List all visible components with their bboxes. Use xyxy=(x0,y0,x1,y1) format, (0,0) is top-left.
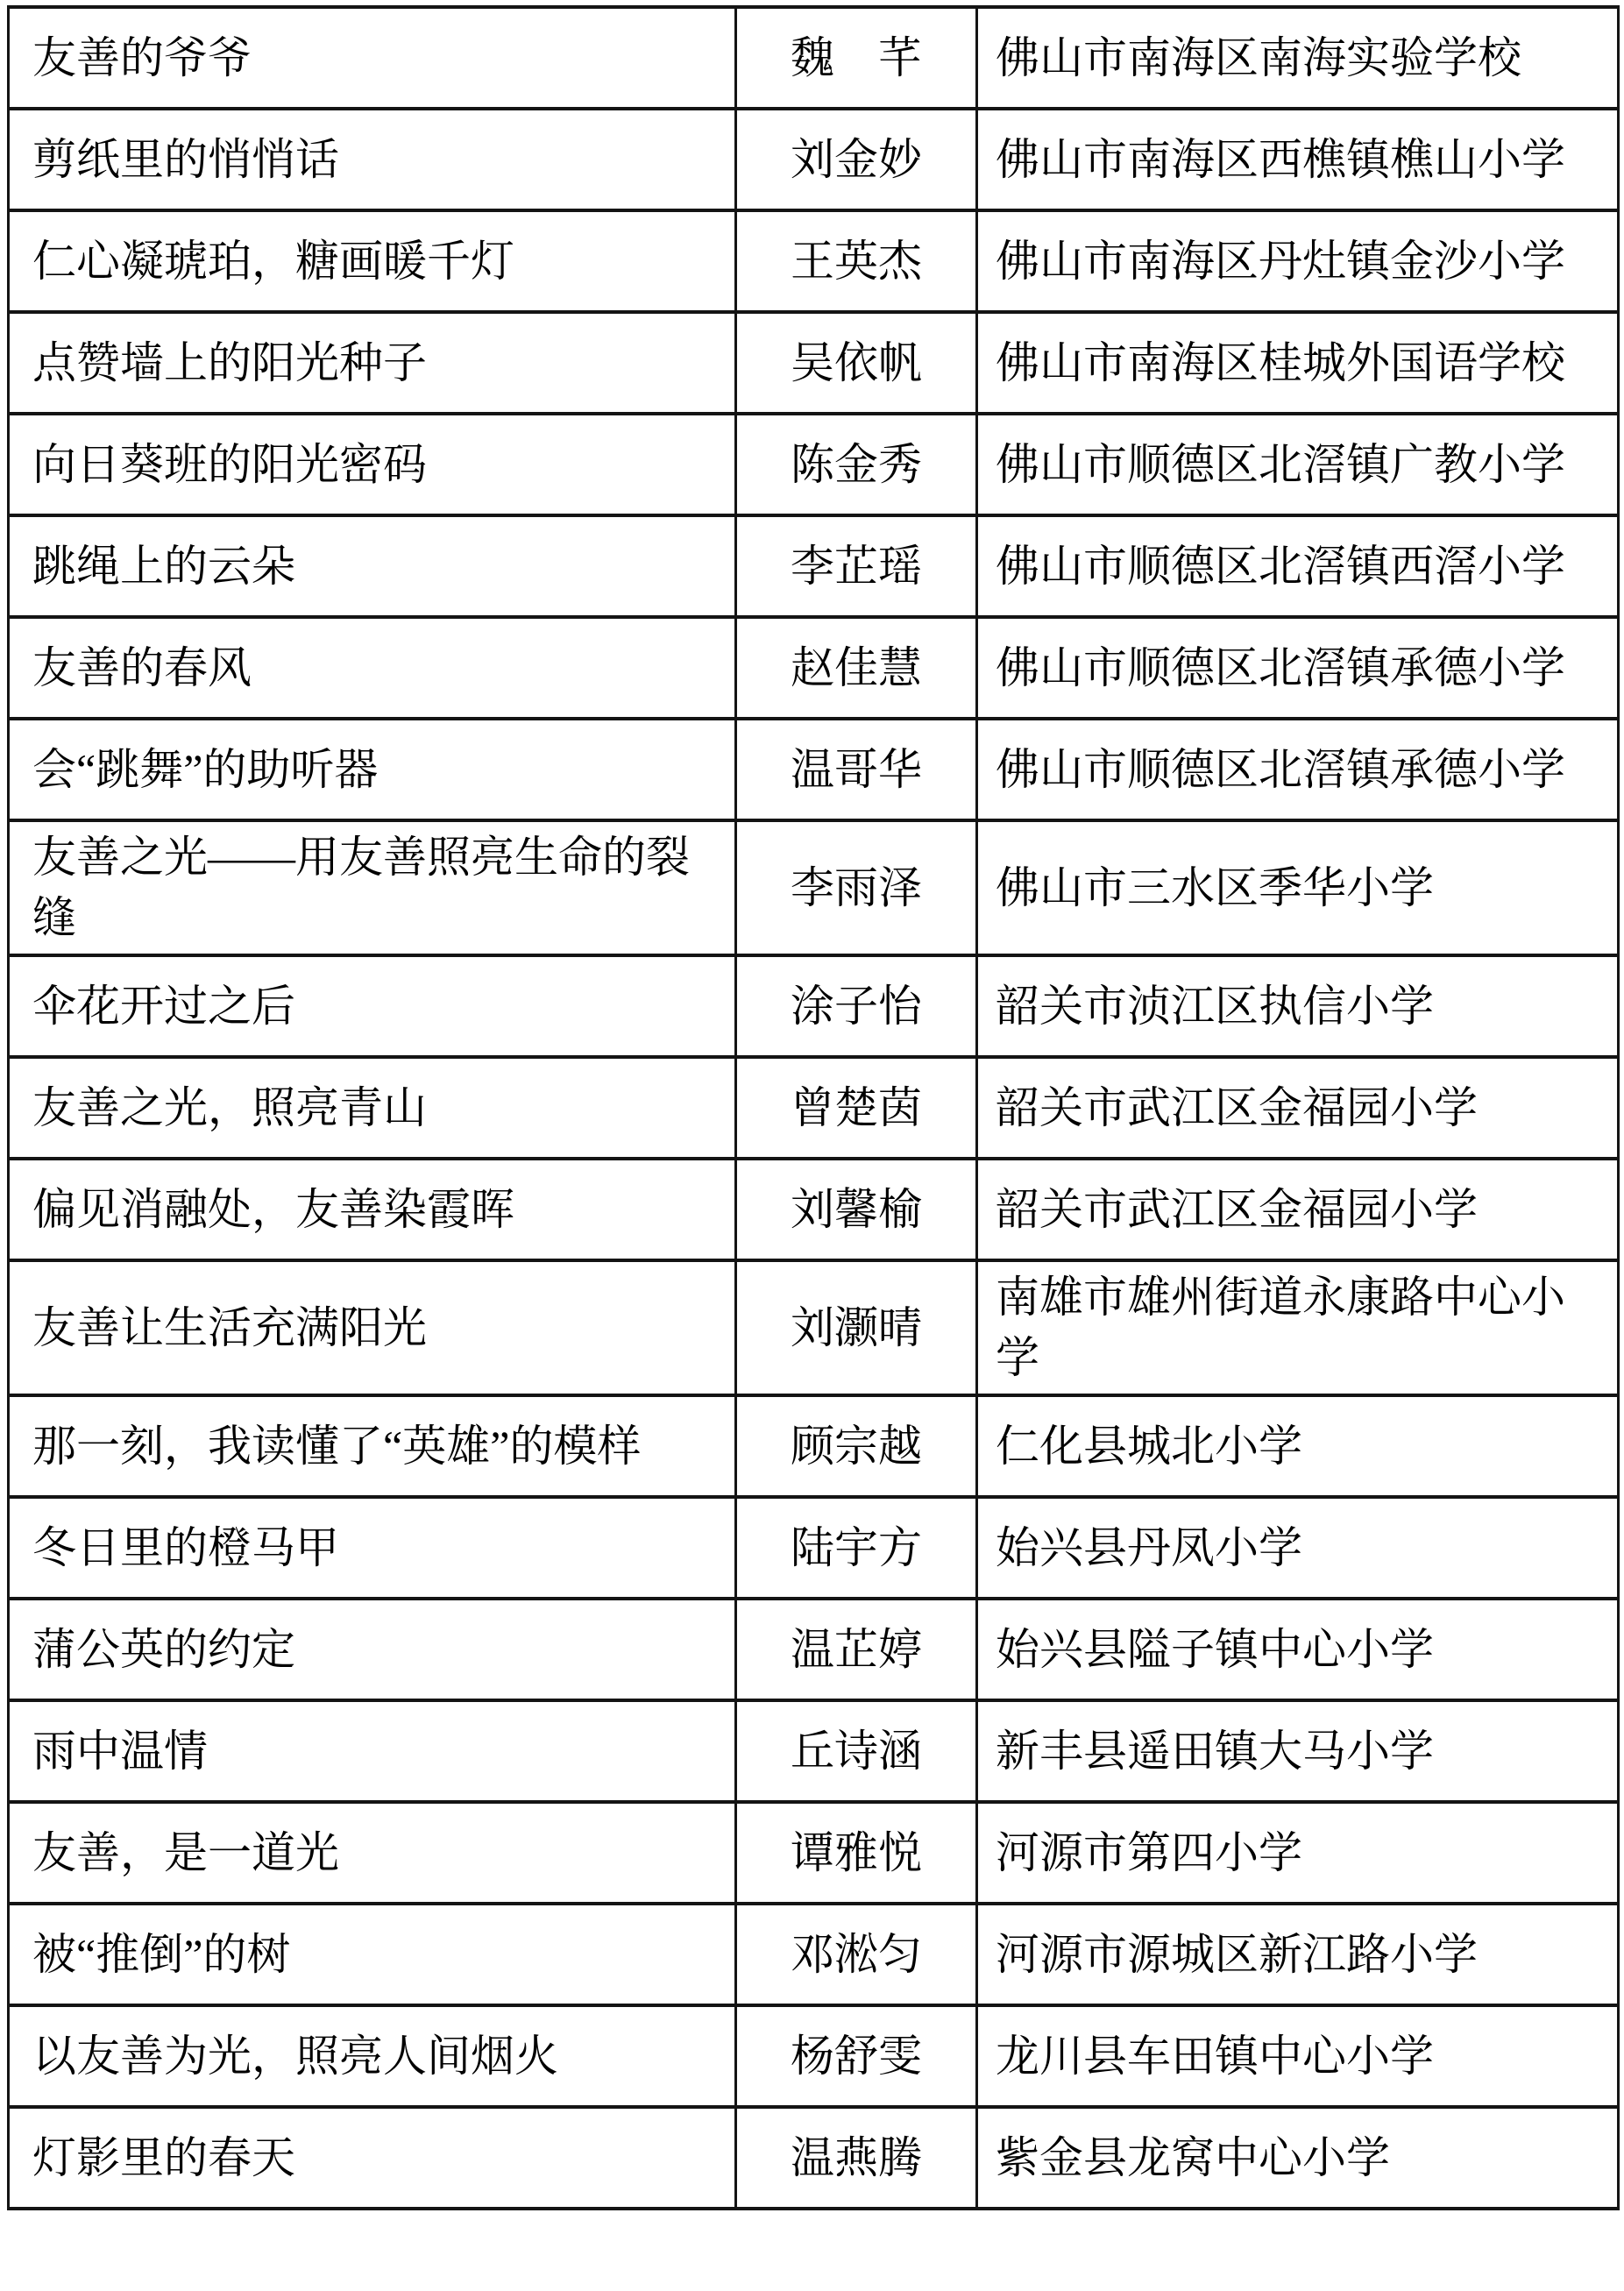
essay-title-cell: 友善的春风 xyxy=(9,617,736,719)
author-cell: 涂子怡 xyxy=(736,955,977,1057)
essay-title-cell: 友善，是一道光 xyxy=(9,1802,736,1904)
school-cell: 佛山市南海区南海实验学校 xyxy=(977,7,1619,109)
table-row: 蒲公英的约定 温芷婷 始兴县隘子镇中心小学 xyxy=(9,1599,1619,1700)
school-cell: 佛山市顺德区北滘镇西滘小学 xyxy=(977,515,1619,617)
author-cell: 王英杰 xyxy=(736,210,977,312)
author-cell: 魏 芊 xyxy=(736,7,977,109)
table-row: 友善的春风 赵佳慧 佛山市顺德区北滘镇承德小学 xyxy=(9,617,1619,719)
school-cell: 佛山市顺德区北滘镇广教小学 xyxy=(977,414,1619,515)
essay-title-cell: 伞花开过之后 xyxy=(9,955,736,1057)
school-cell: 始兴县丹凤小学 xyxy=(977,1497,1619,1599)
school-cell: 韶关市武江区金福园小学 xyxy=(977,1159,1619,1260)
table-row: 偏见消融处，友善染霞晖 刘馨榆 韶关市武江区金福园小学 xyxy=(9,1159,1619,1260)
school-cell: 新丰县遥田镇大马小学 xyxy=(977,1700,1619,1802)
table-row: 灯影里的春天 温燕腾 紫金县龙窝中心小学 xyxy=(9,2107,1619,2209)
school-cell: 佛山市南海区丹灶镇金沙小学 xyxy=(977,210,1619,312)
essay-title-cell: 冬日里的橙马甲 xyxy=(9,1497,736,1599)
school-cell: 韶关市武江区金福园小学 xyxy=(977,1057,1619,1159)
author-cell: 吴依帆 xyxy=(736,312,977,414)
essay-title-cell: 友善让生活充满阳光 xyxy=(9,1260,736,1395)
author-cell: 温燕腾 xyxy=(736,2107,977,2209)
school-cell: 河源市源城区新江路小学 xyxy=(977,1904,1619,2005)
table-row: 冬日里的橙马甲 陆宇方 始兴县丹凤小学 xyxy=(9,1497,1619,1599)
author-cell: 李芷瑶 xyxy=(736,515,977,617)
author-cell: 刘馨榆 xyxy=(736,1159,977,1260)
school-cell: 南雄市雄州街道永康路中心小学 xyxy=(977,1260,1619,1395)
essay-title-cell: 灯影里的春天 xyxy=(9,2107,736,2209)
table-body: 友善的爷爷 魏 芊 佛山市南海区南海实验学校 剪纸里的悄悄话 刘金妙 佛山市南海… xyxy=(9,7,1619,2209)
essay-title-cell: 那一刻，我读懂了“英雄”的模样 xyxy=(9,1395,736,1497)
essay-award-table: 友善的爷爷 魏 芊 佛山市南海区南海实验学校 剪纸里的悄悄话 刘金妙 佛山市南海… xyxy=(7,5,1620,2210)
table-row: 会“跳舞”的助听器 温哥华 佛山市顺德区北滘镇承德小学 xyxy=(9,719,1619,820)
essay-title-cell: 蒲公英的约定 xyxy=(9,1599,736,1700)
author-cell: 陈金秀 xyxy=(736,414,977,515)
author-cell: 李雨泽 xyxy=(736,820,977,955)
essay-title-cell: 向日葵班的阳光密码 xyxy=(9,414,736,515)
essay-title-cell: 点赞墙上的阳光种子 xyxy=(9,312,736,414)
table-row: 向日葵班的阳光密码 陈金秀 佛山市顺德区北滘镇广教小学 xyxy=(9,414,1619,515)
table-row: 跳绳上的云朵 李芷瑶 佛山市顺德区北滘镇西滘小学 xyxy=(9,515,1619,617)
table-row: 友善之光——用友善照亮生命的裂缝 李雨泽 佛山市三水区季华小学 xyxy=(9,820,1619,955)
table-row: 那一刻，我读懂了“英雄”的模样 顾宗越 仁化县城北小学 xyxy=(9,1395,1619,1497)
school-cell: 佛山市顺德区北滘镇承德小学 xyxy=(977,617,1619,719)
table-row: 剪纸里的悄悄话 刘金妙 佛山市南海区西樵镇樵山小学 xyxy=(9,109,1619,210)
school-cell: 佛山市顺德区北滘镇承德小学 xyxy=(977,719,1619,820)
essay-title-cell: 偏见消融处，友善染霞晖 xyxy=(9,1159,736,1260)
essay-title-cell: 仁心凝琥珀，糖画暖千灯 xyxy=(9,210,736,312)
author-cell: 温哥华 xyxy=(736,719,977,820)
author-cell: 谭雅悦 xyxy=(736,1802,977,1904)
author-cell: 陆宇方 xyxy=(736,1497,977,1599)
author-cell: 赵佳慧 xyxy=(736,617,977,719)
essay-title-cell: 以友善为光，照亮人间烟火 xyxy=(9,2005,736,2107)
author-cell: 刘灏晴 xyxy=(736,1260,977,1395)
table-row: 被“推倒”的树 邓淞匀 河源市源城区新江路小学 xyxy=(9,1904,1619,2005)
school-cell: 始兴县隘子镇中心小学 xyxy=(977,1599,1619,1700)
table-row: 友善之光，照亮青山 曾楚茵 韶关市武江区金福园小学 xyxy=(9,1057,1619,1159)
school-cell: 河源市第四小学 xyxy=(977,1802,1619,1904)
author-cell: 刘金妙 xyxy=(736,109,977,210)
author-cell: 温芷婷 xyxy=(736,1599,977,1700)
essay-title-cell: 会“跳舞”的助听器 xyxy=(9,719,736,820)
table-row: 以友善为光，照亮人间烟火 杨舒雯 龙川县车田镇中心小学 xyxy=(9,2005,1619,2107)
school-cell: 佛山市三水区季华小学 xyxy=(977,820,1619,955)
essay-title-cell: 剪纸里的悄悄话 xyxy=(9,109,736,210)
essay-title-cell: 跳绳上的云朵 xyxy=(9,515,736,617)
author-cell: 丘诗涵 xyxy=(736,1700,977,1802)
school-cell: 韶关市浈江区执信小学 xyxy=(977,955,1619,1057)
author-cell: 杨舒雯 xyxy=(736,2005,977,2107)
table-row: 雨中温情 丘诗涵 新丰县遥田镇大马小学 xyxy=(9,1700,1619,1802)
table-row: 点赞墙上的阳光种子 吴依帆 佛山市南海区桂城外国语学校 xyxy=(9,312,1619,414)
table-row: 友善，是一道光 谭雅悦 河源市第四小学 xyxy=(9,1802,1619,1904)
school-cell: 仁化县城北小学 xyxy=(977,1395,1619,1497)
school-cell: 紫金县龙窝中心小学 xyxy=(977,2107,1619,2209)
essay-title-cell: 友善之光，照亮青山 xyxy=(9,1057,736,1159)
author-cell: 顾宗越 xyxy=(736,1395,977,1497)
essay-title-cell: 雨中温情 xyxy=(9,1700,736,1802)
author-cell: 邓淞匀 xyxy=(736,1904,977,2005)
author-cell: 曾楚茵 xyxy=(736,1057,977,1159)
table-row: 友善让生活充满阳光 刘灏晴 南雄市雄州街道永康路中心小学 xyxy=(9,1260,1619,1395)
essay-title-cell: 被“推倒”的树 xyxy=(9,1904,736,2005)
table-row: 伞花开过之后 涂子怡 韶关市浈江区执信小学 xyxy=(9,955,1619,1057)
table-row: 友善的爷爷 魏 芊 佛山市南海区南海实验学校 xyxy=(9,7,1619,109)
school-cell: 龙川县车田镇中心小学 xyxy=(977,2005,1619,2107)
school-cell: 佛山市南海区西樵镇樵山小学 xyxy=(977,109,1619,210)
essay-title-cell: 友善的爷爷 xyxy=(9,7,736,109)
essay-title-cell: 友善之光——用友善照亮生命的裂缝 xyxy=(9,820,736,955)
school-cell: 佛山市南海区桂城外国语学校 xyxy=(977,312,1619,414)
table-row: 仁心凝琥珀，糖画暖千灯 王英杰 佛山市南海区丹灶镇金沙小学 xyxy=(9,210,1619,312)
